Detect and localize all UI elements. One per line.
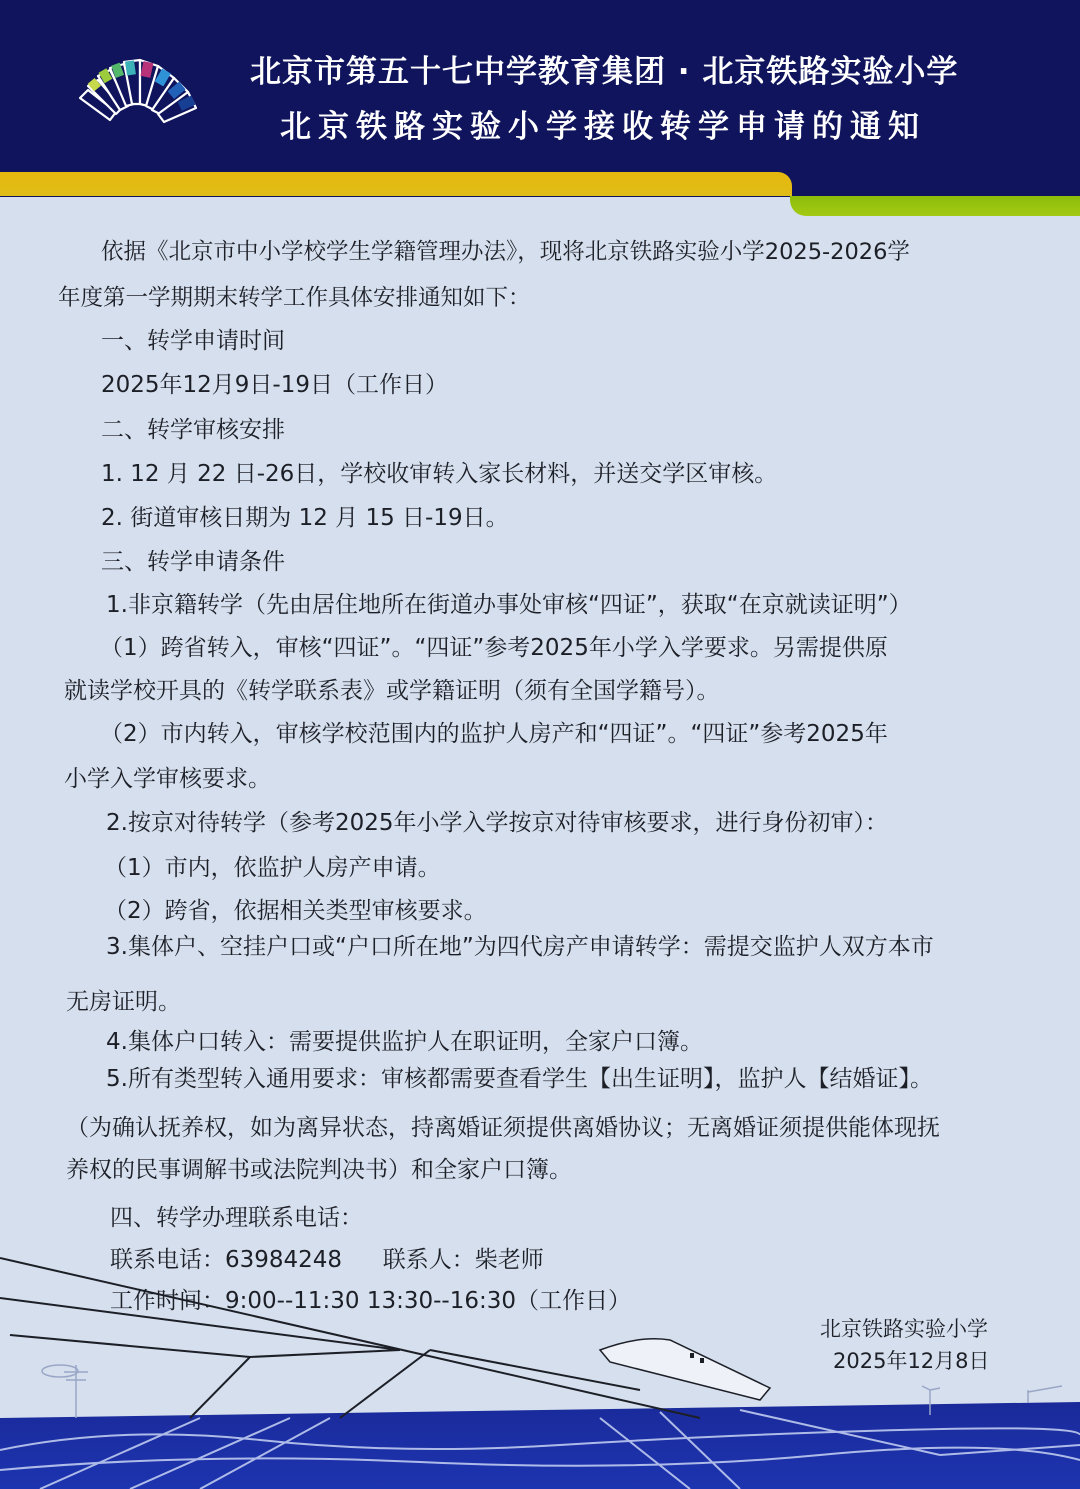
condition-line: 就读学校开具的《转学联系表》或学籍证明（须有全国学籍号）。 bbox=[64, 676, 720, 706]
condition-line: （2）市内转入，审核学校范围内的监护人房产和“四证”。“四证”参考2025年 bbox=[100, 719, 888, 749]
green-stripe bbox=[790, 196, 1080, 216]
condition-line: （1）跨省转入，审核“四证”。“四证”参考2025年小学入学要求。另需提供原 bbox=[100, 633, 888, 663]
school-logo-icon bbox=[76, 56, 200, 124]
header-title-notice: 北京铁路实验小学接收转学申请的通知 bbox=[280, 101, 926, 146]
office-hours-row: 工作时间：9:00--11:30 13:30--16:30（工作日） bbox=[110, 1286, 631, 1316]
section-1-heading: 一、转学申请时间 bbox=[101, 326, 285, 356]
review-item-1: 1. 12 月 22 日-26日，学校收审转入家长材料，并送交学区审核。 bbox=[101, 459, 777, 489]
phone-label: 联系电话： bbox=[110, 1247, 225, 1273]
signature-organization: 北京铁路实验小学 bbox=[820, 1315, 988, 1343]
condition-line: 养权的民事调解书或法院判决书）和全家户口簿。 bbox=[66, 1155, 572, 1185]
hours-label: 工作时间： bbox=[110, 1288, 225, 1314]
signature-date: 2025年12月8日 bbox=[833, 1347, 990, 1375]
yellow-stripe bbox=[0, 172, 792, 196]
header-title-school-group: 北京市第五十七中学教育集团 · 北京铁路实验小学 bbox=[250, 46, 958, 91]
review-item-2: 2. 街道审核日期为 12 月 15 日-19日。 bbox=[101, 503, 509, 533]
office-hours: 9:00--11:30 13:30--16:30（工作日） bbox=[225, 1288, 631, 1314]
condition-line: （2）跨省，依据相关类型审核要求。 bbox=[104, 896, 487, 926]
condition-line: 5.所有类型转入通用要求：审核都需要查看学生【出生证明】，监护人【结婚证】。 bbox=[106, 1064, 933, 1094]
condition-line: 3.集体户、空挂户口或“户口所在地”为四代房产申请转学：需提交监护人双方本市 bbox=[106, 932, 934, 962]
condition-line: 4.集体户口转入：需要提供监护人在职证明，全家户口簿。 bbox=[106, 1027, 703, 1057]
phone-number: 63984248 bbox=[225, 1247, 342, 1273]
condition-line: 无房证明。 bbox=[66, 987, 181, 1017]
condition-line: 2.按京对待转学（参考2025年小学入学按京对待审核要求，进行身份初审）： bbox=[106, 808, 888, 838]
application-period: 2025年12月9日-19日（工作日） bbox=[101, 370, 448, 400]
train-icon bbox=[600, 1339, 770, 1400]
contact-phone-row: 联系电话：63984248 联系人：柴老师 bbox=[110, 1245, 544, 1275]
contact-person: 柴老师 bbox=[475, 1247, 544, 1273]
intro-paragraph-line-1: 依据《北京市中小学校学生学籍管理办法》，现将北京铁路实验小学2025-2026学 bbox=[101, 237, 910, 267]
contact-person-label: 联系人： bbox=[383, 1247, 475, 1273]
intro-paragraph-line-2: 年度第一学期期末转学工作具体安排通知如下： bbox=[58, 283, 531, 313]
section-3-heading: 三、转学申请条件 bbox=[101, 547, 285, 577]
section-4-heading: 四、转学办理联系电话： bbox=[110, 1203, 363, 1233]
condition-line: （1）市内，依监护人房产申请。 bbox=[104, 853, 441, 883]
condition-line: （为确认抚养权，如为离异状态，持离婚证须提供离婚协议；无离婚证须提供能体现抚 bbox=[66, 1113, 940, 1143]
condition-line: 1.非京籍转学（先由居住地所在街道办事处审核“四证”，获取“在京就读证明”） bbox=[106, 590, 912, 620]
condition-line: 小学入学审核要求。 bbox=[64, 764, 271, 794]
section-2-heading: 二、转学审核安排 bbox=[101, 415, 285, 445]
